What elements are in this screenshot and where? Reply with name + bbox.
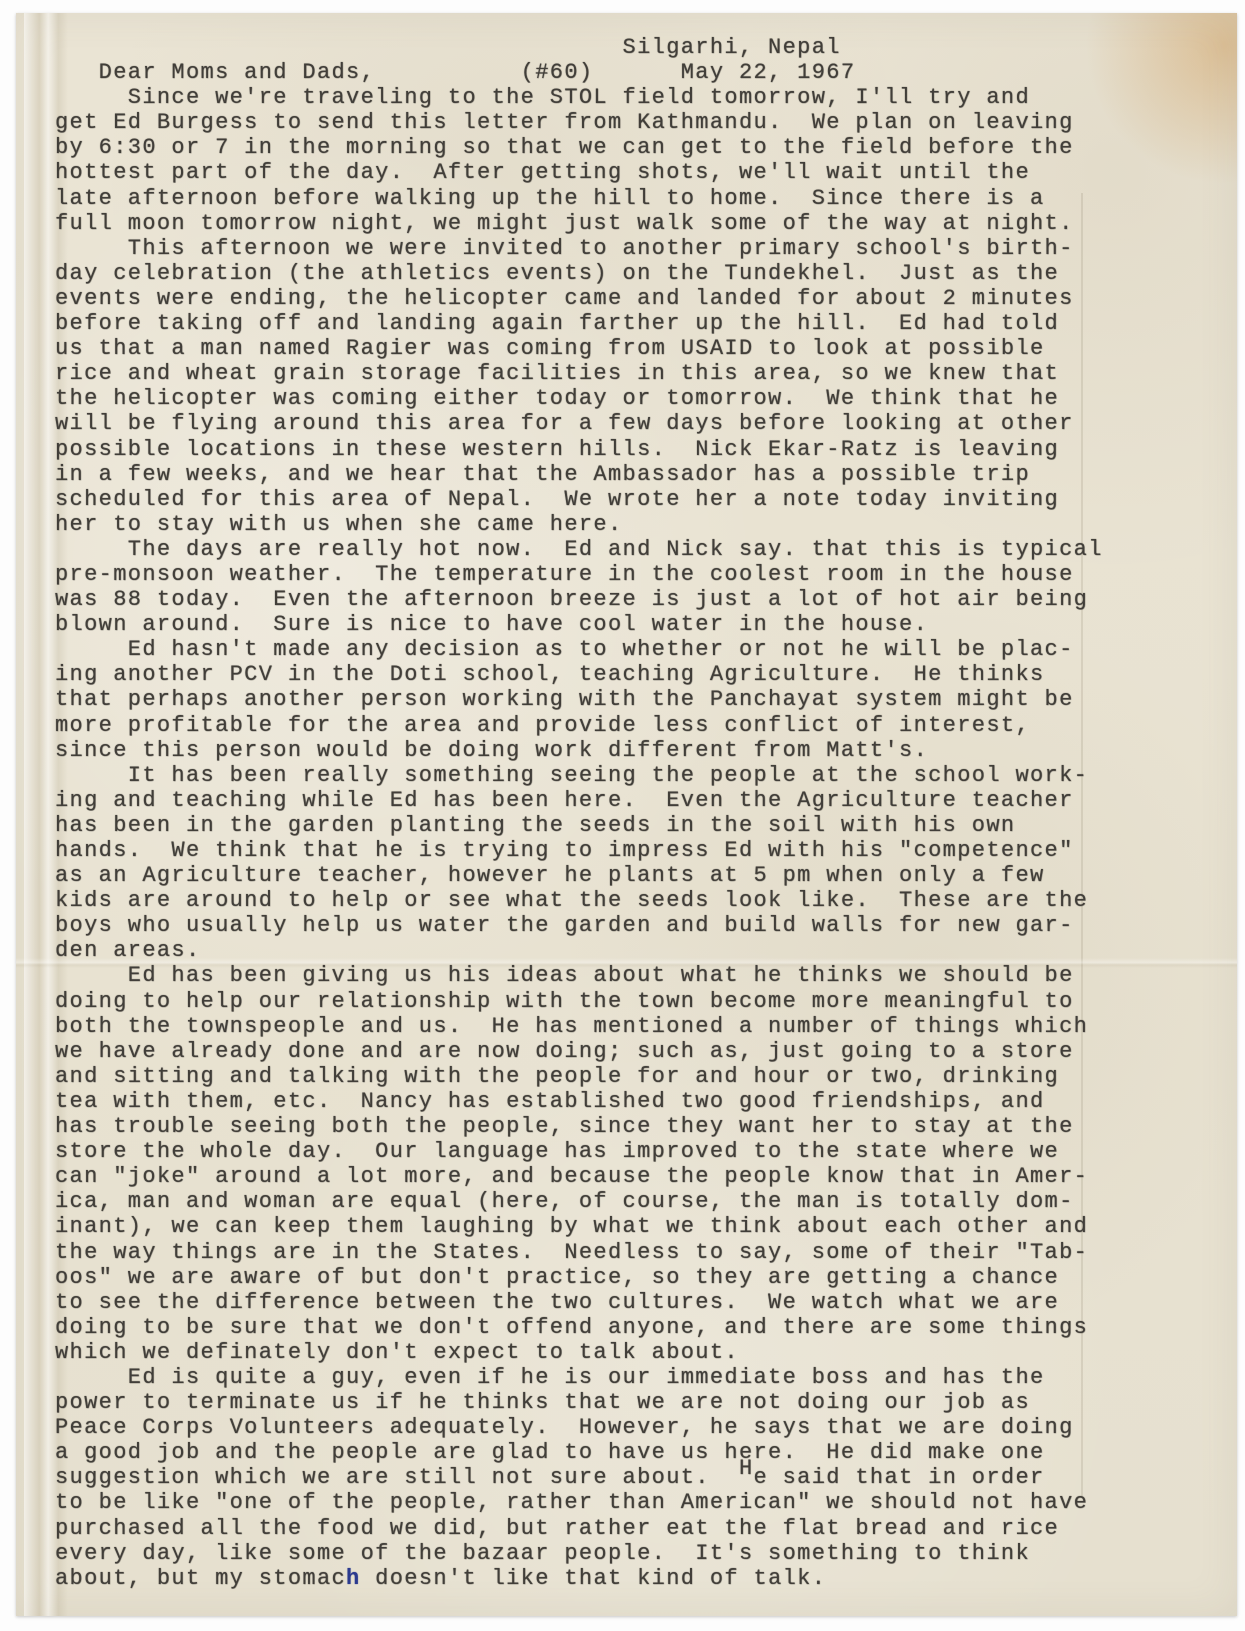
text-span: about, but my stomac <box>55 1566 346 1591</box>
text-line: we have already done and are now doing; … <box>55 1039 1103 1064</box>
text-line: as an Agriculture teacher, however he pl… <box>55 863 1103 888</box>
scanned-letter-screenshot: Silgarhi, Nepal Dear Moms and Dads, (#60… <box>0 0 1245 1631</box>
text-line: power to terminate us if he thinks that … <box>55 1390 1103 1415</box>
text-line: The days are really hot now. Ed and Nick… <box>55 537 1103 562</box>
text-span: e said that in order <box>754 1465 1045 1490</box>
text-line: both the townspeople and us. He has ment… <box>55 1014 1103 1039</box>
text-span: suggestion which we are still not sure a… <box>55 1465 739 1490</box>
heading-block: Silgarhi, Nepal Dear Moms and Dads, (#60… <box>55 35 1103 85</box>
text-line: and sitting and talking with the people … <box>55 1064 1103 1089</box>
text-span: doesn't like that kind of talk. <box>361 1566 827 1591</box>
paragraph-3: The days are really hot now. Ed and Nick… <box>55 537 1103 637</box>
text-line: has trouble seeing both the people, sinc… <box>55 1114 1103 1139</box>
paragraph-5: It has been really something seeing the … <box>55 763 1103 964</box>
text-line: doing to help our relationship with the … <box>55 989 1103 1014</box>
text-line: Dear Moms and Dads, (#60) May 22, 1967 <box>55 60 1103 85</box>
text-line: before taking off and landing again fart… <box>55 311 1103 336</box>
paragraph-1: Since we're traveling to the STOL field … <box>55 85 1103 236</box>
text-line: was 88 today. Even the afternoon breeze … <box>55 587 1103 612</box>
text-line: pre-monsoon weather. The temperature in … <box>55 562 1103 587</box>
text-line: Ed is quite a guy, even if he is our imm… <box>55 1365 1103 1390</box>
text-line: tea with them, etc. Nancy has establishe… <box>55 1089 1103 1114</box>
text-line: den areas. <box>55 938 1103 963</box>
text-line: rice and wheat grain storage facilities … <box>55 361 1103 386</box>
text-line: that perhaps another person working with… <box>55 687 1103 712</box>
text-line: about, but my stomach doesn't like that … <box>55 1566 1103 1591</box>
text-line: day celebration (the athletics events) o… <box>55 261 1103 286</box>
text-line: late afternoon before walking up the hil… <box>55 186 1103 211</box>
text-line: a good job and the people are glad to ha… <box>55 1440 1103 1465</box>
text-line: the helicopter was coming either today o… <box>55 386 1103 411</box>
text-line: which we definately don't expect to talk… <box>55 1340 1103 1365</box>
text-line: events were ending, the helicopter came … <box>55 286 1103 311</box>
text-line: in a few weeks, and we hear that the Amb… <box>55 462 1103 487</box>
text-line: Since we're traveling to the STOL field … <box>55 85 1103 110</box>
text-line: every day, like some of the bazaar peopl… <box>55 1541 1103 1566</box>
text-line: more profitable for the area and provide… <box>55 713 1103 738</box>
text-line: purchased all the food we did, but rathe… <box>55 1516 1103 1541</box>
text-line: ing another PCV in the Doti school, teac… <box>55 662 1103 687</box>
text-line: hands. We think that he is trying to imp… <box>55 838 1103 863</box>
text-line: Ed has been giving us his ideas about wh… <box>55 963 1103 988</box>
text-line: blown around. Sure is nice to have cool … <box>55 612 1103 637</box>
paragraph-7: Ed is quite a guy, even if he is our imm… <box>55 1365 1103 1591</box>
text-line: possible locations in these western hill… <box>55 437 1103 462</box>
text-line: the way things are in the States. Needle… <box>55 1240 1103 1265</box>
text-line: This afternoon we were invited to anothe… <box>55 236 1103 261</box>
text-line: can "joke" around a lot more, and becaus… <box>55 1164 1103 1189</box>
handwritten-ink-correction: h <box>346 1566 361 1591</box>
text-line: ica, man and woman are equal (here, of c… <box>55 1189 1103 1214</box>
raised-typed-letter: H <box>739 1456 754 1481</box>
paragraph-4: Ed hasn't made any decision as to whethe… <box>55 637 1103 762</box>
letter-page: Silgarhi, Nepal Dear Moms and Dads, (#60… <box>16 13 1237 1616</box>
text-line: doing to be sure that we don't offend an… <box>55 1315 1103 1340</box>
text-line: It has been really something seeing the … <box>55 763 1103 788</box>
text-line: Peace Corps Volunteers adequately. Howev… <box>55 1415 1103 1440</box>
text-line: full moon tomorrow night, we might just … <box>55 211 1103 236</box>
text-line: has been in the garden planting the seed… <box>55 813 1103 838</box>
text-line: suggestion which we are still not sure a… <box>55 1465 1103 1490</box>
text-line: oos" we are aware of but don't practice,… <box>55 1265 1103 1290</box>
text-line: her to stay with us when she came here. <box>55 512 1103 537</box>
text-line: boys who usually help us water the garde… <box>55 913 1103 938</box>
text-line: since this person would be doing work di… <box>55 738 1103 763</box>
paragraph-6: Ed has been giving us his ideas about wh… <box>55 963 1103 1365</box>
text-line: Ed hasn't made any decision as to whethe… <box>55 637 1103 662</box>
text-line: us that a man named Ragier was coming fr… <box>55 336 1103 361</box>
text-line: inant), we can keep them laughing by wha… <box>55 1214 1103 1239</box>
text-line: kids are around to help or see what the … <box>55 888 1103 913</box>
text-line: ing and teaching while Ed has been here.… <box>55 788 1103 813</box>
paragraph-2: This afternoon we were invited to anothe… <box>55 236 1103 537</box>
text-line: hottest part of the day. After getting s… <box>55 160 1103 185</box>
text-line: by 6:30 or 7 in the morning so that we c… <box>55 135 1103 160</box>
text-line: to see the difference between the two cu… <box>55 1290 1103 1315</box>
text-line: will be flying around this area for a fe… <box>55 411 1103 436</box>
text-line: to be like "one of the people, rather th… <box>55 1490 1103 1515</box>
text-line: get Ed Burgess to send this letter from … <box>55 110 1103 135</box>
letter-body-text: Silgarhi, Nepal Dear Moms and Dads, (#60… <box>55 35 1103 1591</box>
text-line: Silgarhi, Nepal <box>55 35 1103 60</box>
text-line: scheduled for this area of Nepal. We wro… <box>55 487 1103 512</box>
text-line: store the whole day. Our language has im… <box>55 1139 1103 1164</box>
